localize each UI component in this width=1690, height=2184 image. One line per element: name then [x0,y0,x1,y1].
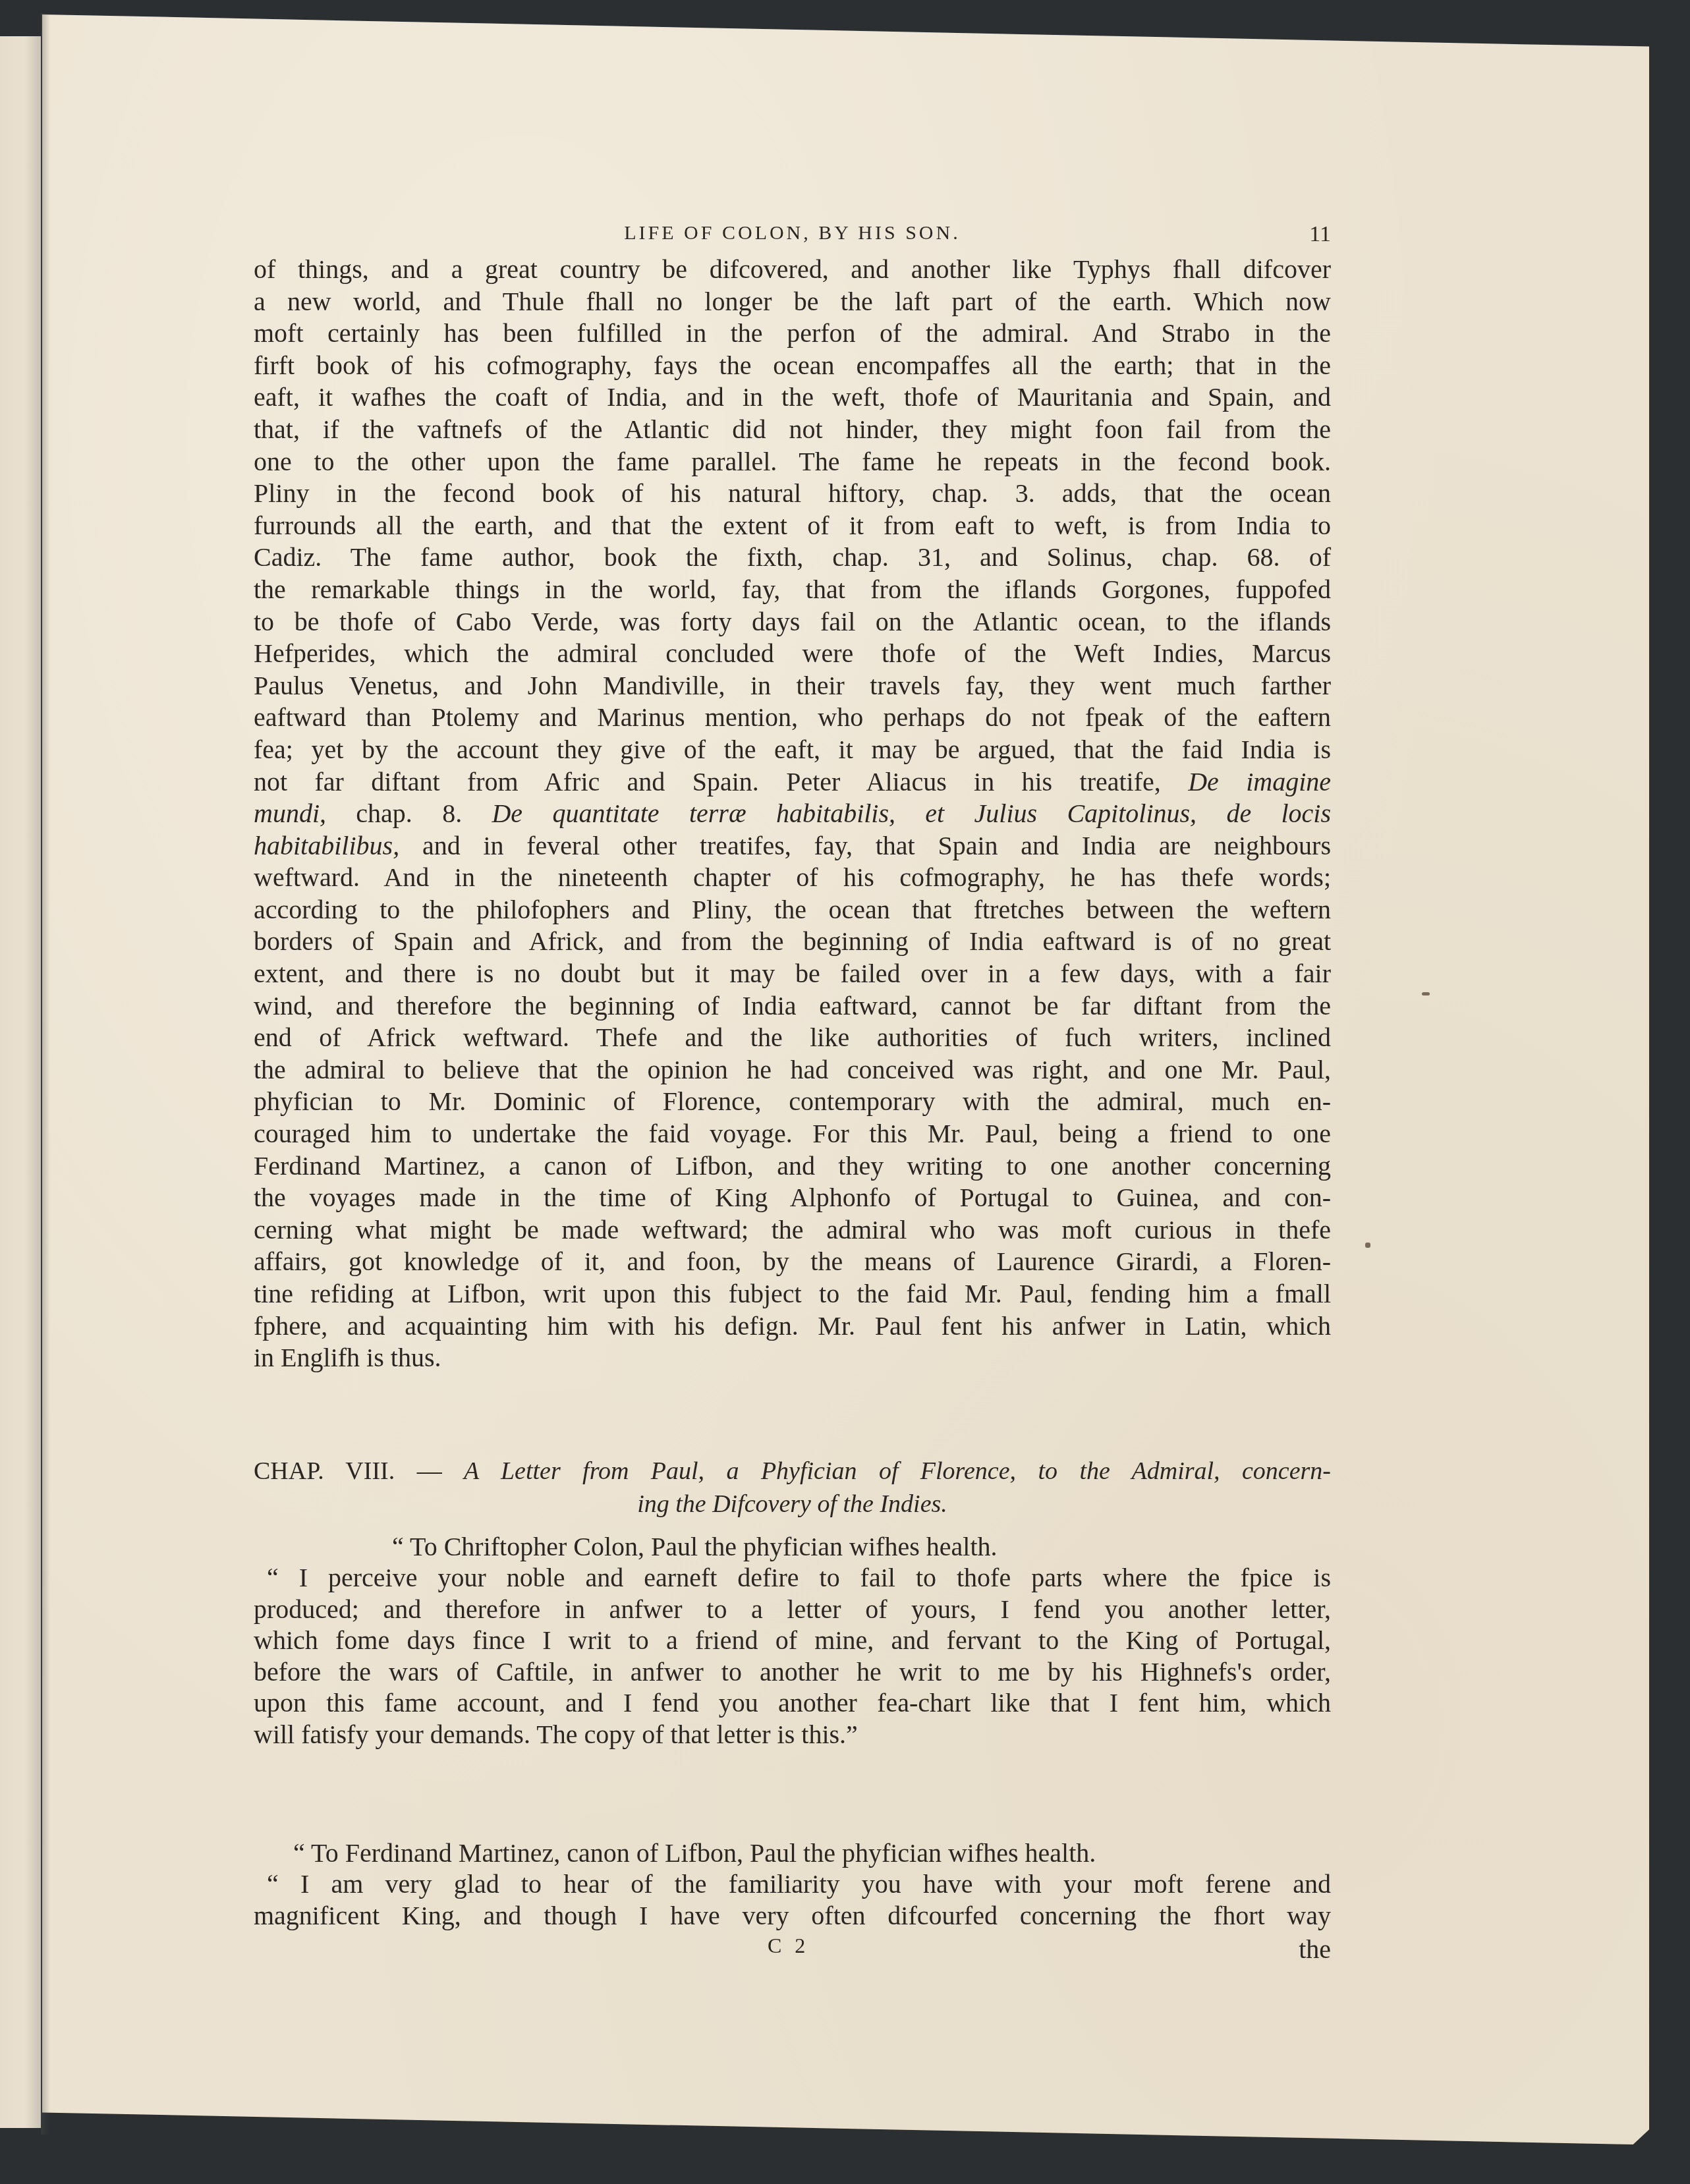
adjacent-page-edge [0,36,41,2128]
page-footer: C 2 the [254,1934,1331,1963]
text-line: wind, and therefore the beginning of Ind… [254,990,1331,1022]
text-line: “ I am very glad to hear of the familiar… [254,1868,1331,1900]
italic-title: de locis [1226,798,1331,828]
text-line-with-italic: mundi, chap. 8. De quantitate terræ habi… [254,798,1331,830]
chapter-title: A Letter from Paul, a Phyfician of Flore… [464,1457,1331,1485]
text-line: affairs, got knowledge of it, and foon, … [254,1246,1331,1278]
text-line: phyfician to Mr. Dominic of Florence, co… [254,1086,1331,1118]
text-line: cerning what might be made weftward; the… [254,1214,1331,1246]
text-line: eaftward than Ptolemy and Marinus mentio… [254,702,1331,734]
chapter-label: CHAP. VIII. — [254,1457,442,1485]
catchword: the [1299,1934,1331,1965]
running-head: LIFE OF COLON, BY HIS SON. 11 [254,222,1331,248]
text-line: borders of Spain and Africk, and from th… [254,926,1331,958]
italic-title: De imagine [1188,767,1331,797]
text-line: Ferdinand Martinez, a canon of Lifbon, a… [254,1150,1331,1183]
text-line: weftward. And in the nineteenth chapter … [254,862,1331,894]
chapter-heading: CHAP. VIII. — A Letter from Paul, a Phyf… [254,1455,1331,1521]
text-line: which fome days fince I writ to a friend… [254,1625,1331,1656]
text-line: of things, and a great country be difcov… [254,254,1331,286]
text-line: couraged him to undertake the faid voyag… [254,1118,1331,1150]
body-text: of things, and a great country be difcov… [254,254,1331,1374]
text-line: one to the other upon the fame parallel.… [254,446,1331,478]
text-line: fea; yet by the account they give of the… [254,734,1331,766]
chapter-heading-line: CHAP. VIII. — A Letter from Paul, a Phyf… [254,1455,1331,1488]
text-line: will fatisfy your demands. The copy of t… [254,1719,1331,1750]
letter-salutation: “ To Chriftopher Colon, Paul the phyfici… [254,1532,1331,1562]
text-line-with-italic: not far diftant from Afric and Spain. Pe… [254,766,1331,798]
letter-to-martinez: “ To Ferdinand Martinez, canon of Lifbon… [254,1838,1331,1932]
italic-title: habitabilibus, [254,831,399,860]
text-line: Pliny in the fecond book of his natural … [254,478,1331,510]
text-line: produced; and therefore in anfwer to a l… [254,1594,1331,1625]
text-line: the remarkable things in the world, fay,… [254,574,1331,606]
text-line-with-italic: habitabilibus, and in feveral other trea… [254,830,1331,862]
margin-mark [1365,1243,1370,1248]
text-line: upon this fame account, and I fend you a… [254,1687,1331,1719]
text-line: furrounds all the earth, and that the ex… [254,510,1331,542]
signature-mark: C 2 [768,1934,809,1958]
text-line: firft book of his cofmography, fays the … [254,350,1331,382]
text-line: eaft, it wafhes the coaft of India, and … [254,381,1331,414]
text-segment: and in feveral other treatifes, fay, tha… [422,831,1331,860]
text-line: Hefperides, which the admiral concluded … [254,638,1331,670]
text-line: that, if the vaftnefs of the Atlantic di… [254,414,1331,446]
text-segment: not far diftant from Afric and Spain. Pe… [254,767,1161,797]
letter-to-colon: “ To Chriftopher Colon, Paul the phyfici… [254,1532,1331,1750]
text-line: tine refiding at Lifbon, writ upon this … [254,1278,1331,1310]
margin-mark [1422,992,1430,995]
chapter-title-continued: ing the Difcovery of the Indies. [254,1488,1331,1521]
text-line: moft certainly has been fulfilled in the… [254,318,1331,350]
text-line: magnificent King, and though I have very… [254,1900,1331,1932]
text-line: extent, and there is no doubt but it may… [254,958,1331,990]
text-line: end of Africk weftward. Thefe and the li… [254,1022,1331,1054]
italic-title: De quantitate terræ habitabilis, [492,798,895,828]
italic-title: mundi, [254,798,326,828]
spine-shadow [41,13,50,2135]
text-line: to be thofe of Cabo Verde, was forty day… [254,606,1331,638]
text-line: before the wars of Caftile, in anfwer to… [254,1656,1331,1688]
running-title: LIFE OF COLON, BY HIS SON. [254,222,1331,244]
text-line: the voyages made in the time of King Alp… [254,1182,1331,1214]
page-number: 11 [1309,222,1331,247]
text-line: Paulus Venetus, and John Mandiville, in … [254,670,1331,702]
text-line: Cadiz. The fame author, book the fixth, … [254,542,1331,574]
text-segment: chap. 8. [356,798,462,828]
text-line: the admiral to believe that the opinion … [254,1054,1331,1086]
italic-title: et Julius Capitolinus, [925,798,1197,828]
text-line: fphere, and acquainting him with his def… [254,1310,1331,1343]
text-line: according to the philofophers and Pliny,… [254,894,1331,926]
text-line: a new world, and Thule fhall no longer b… [254,286,1331,318]
letter-salutation: “ To Ferdinand Martinez, canon of Lifbon… [254,1838,1331,1868]
text-line: “ I perceive your noble and earneft defi… [254,1562,1331,1594]
text-line: in Englifh is thus. [254,1342,1331,1374]
